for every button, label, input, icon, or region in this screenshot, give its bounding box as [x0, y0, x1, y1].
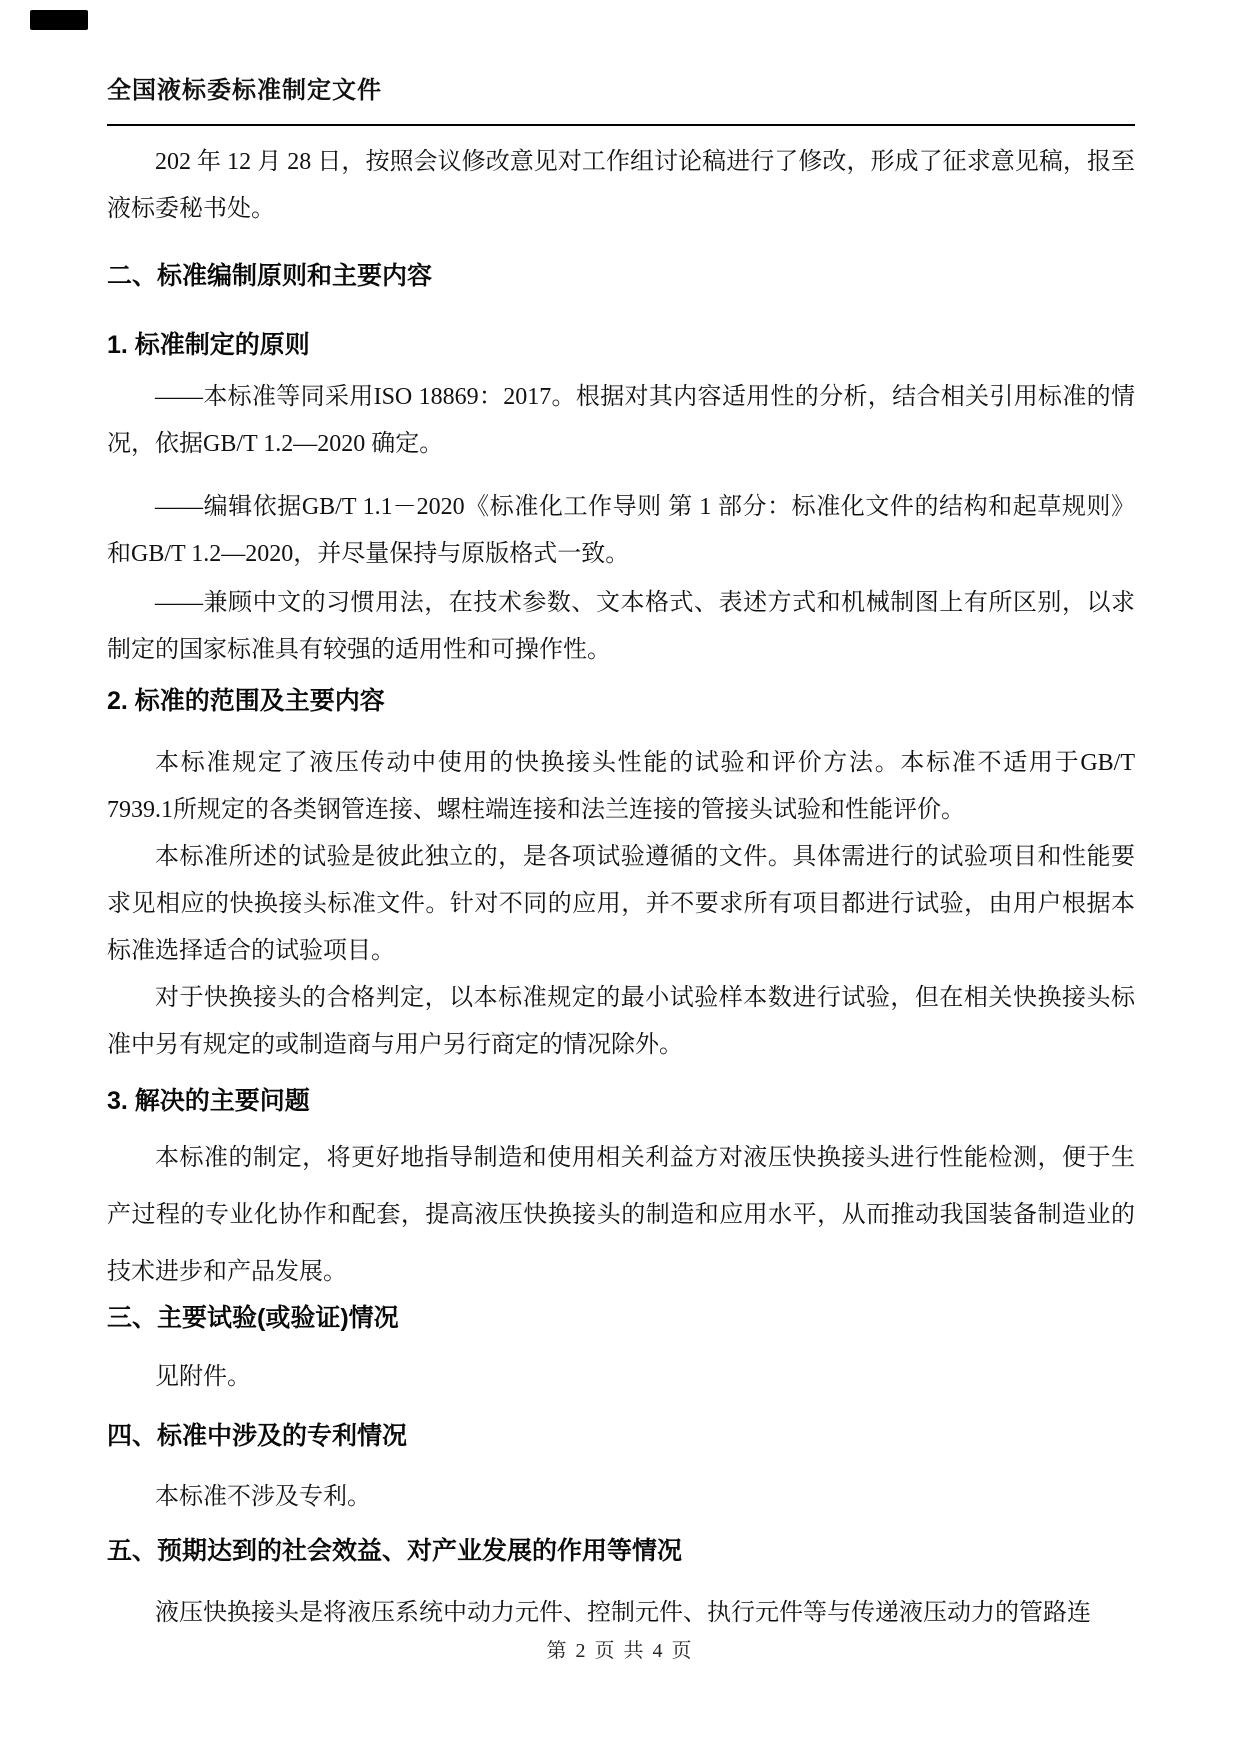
paragraph-revision-note: 202 年 12 月 28 日，按照会议修改意见对工作组讨论稿进行了修改，形成了… [107, 139, 1135, 233]
paragraph-scope-3: 对于快换接头的合格判定，以本标准规定的最小试验样本数进行试验，但在相关快换接头标… [107, 975, 1135, 1069]
paragraph-principle-1: ——本标准等同采用ISO 18869：2017。根据对其内容适用性的分析，结合相… [107, 374, 1135, 468]
paragraph-social-benefit: 液压快换接头是将液压系统中动力元件、控制元件、执行元件等与传递液压动力的管路连 [107, 1590, 1135, 1637]
paragraph-scope-2: 本标准所述的试验是彼此独立的，是各项试验遵循的文件。具体需进行的试验项目和性能要… [107, 834, 1135, 975]
subsection-heading-2-2: 2. 标准的范围及主要内容 [107, 684, 1135, 718]
paragraph-scope-1: 本标准规定了液压传动中使用的快换接头性能的试验和评价方法。本标准不适用于GB/T… [107, 740, 1135, 834]
document-page: { "header": { "title": "全国液标委标准制定文件" }, … [0, 0, 1240, 1754]
document-header-title: 全国液标委标准制定文件 [107, 76, 1135, 106]
paragraph-no-patents: 本标准不涉及专利。 [107, 1474, 1135, 1521]
document-body: 全国液标委标准制定文件 202 年 12 月 28 日，按照会议修改意见对工作组… [0, 0, 1240, 1754]
paragraph-principle-3: ——兼顾中文的习惯用法，在技术参数、文本格式、表述方式和机械制图上有所区别，以求… [107, 580, 1135, 674]
subsection-heading-2-3: 3. 解决的主要问题 [107, 1084, 1135, 1118]
section-heading-2: 二、标准编制原则和主要内容 [107, 259, 1135, 293]
paragraph-principle-2: ——编辑依据GB/T 1.1－2020《标准化工作导则 第 1 部分：标准化文件… [107, 484, 1135, 578]
section-heading-5: 五、预期达到的社会效益、对产业发展的作用等情况 [107, 1534, 1135, 1568]
paragraph-problems-solved: 本标准的制定，将更好地指导制造和使用相关利益方对液压快换接头进行性能检测，便于生… [107, 1130, 1135, 1301]
paragraph-see-attachment: 见附件。 [107, 1354, 1135, 1401]
section-heading-3: 三、主要试验(或验证)情况 [107, 1301, 1135, 1335]
header-rule [107, 124, 1135, 126]
section-heading-4: 四、标准中涉及的专利情况 [107, 1419, 1135, 1453]
subsection-heading-2-1: 1. 标准制定的原则 [107, 328, 1135, 362]
page-number-footer: 第 2 页 共 4 页 [0, 1638, 1240, 1664]
